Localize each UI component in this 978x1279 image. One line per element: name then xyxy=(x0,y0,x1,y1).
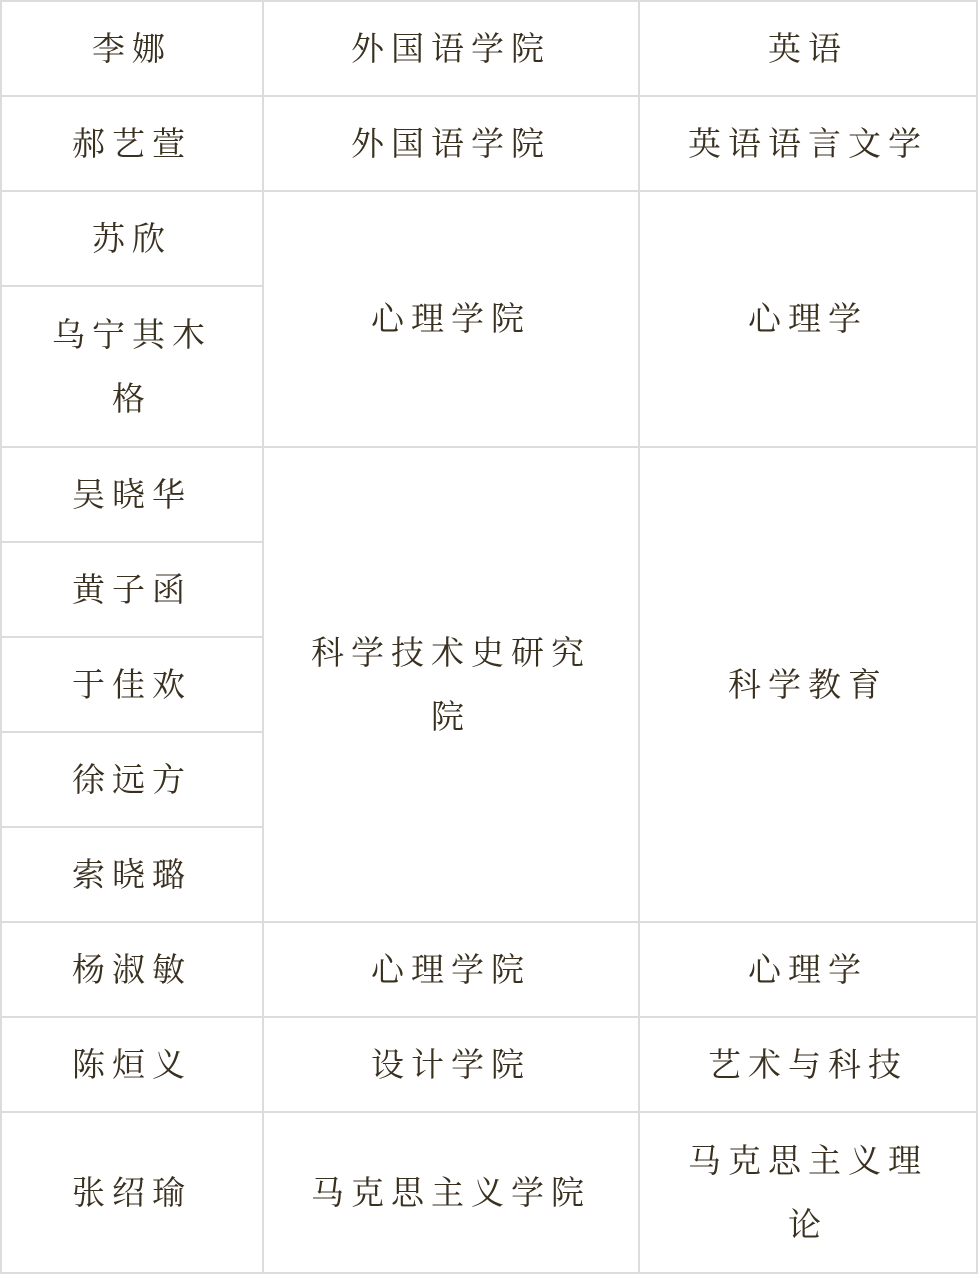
student-name-cell: 黄子函 xyxy=(1,542,263,637)
table-row: 李娜 外国语学院 英语 xyxy=(1,1,977,96)
college-cell: 马克思主义学院 xyxy=(263,1112,639,1273)
student-name-cell: 徐远方 xyxy=(1,732,263,827)
student-name-cell: 乌宁其木格 xyxy=(1,286,263,447)
college-cell-merged: 科学技术史研究院 xyxy=(263,447,639,922)
major-cell: 英语 xyxy=(639,1,977,96)
major-cell-merged: 科学教育 xyxy=(639,447,977,922)
student-name-cell: 李娜 xyxy=(1,1,263,96)
student-name-cell: 苏欣 xyxy=(1,191,263,286)
student-name-cell: 杨淑敏 xyxy=(1,922,263,1017)
table-row: 苏欣 心理学院 心理学 xyxy=(1,191,977,286)
student-name-cell: 于佳欢 xyxy=(1,637,263,732)
college-cell: 外国语学院 xyxy=(263,96,639,191)
table-row: 郝艺萱 外国语学院 英语语言文学 xyxy=(1,96,977,191)
college-cell-merged: 心理学院 xyxy=(263,191,639,447)
college-cell: 外国语学院 xyxy=(263,1,639,96)
major-cell: 艺术与科技 xyxy=(639,1017,977,1112)
major-cell: 心理学 xyxy=(639,922,977,1017)
table-row: 陈烜义 设计学院 艺术与科技 xyxy=(1,1017,977,1112)
table-row: 吴晓华 科学技术史研究院 科学教育 xyxy=(1,447,977,542)
major-cell: 马克思主义理论 xyxy=(639,1112,977,1273)
major-cell: 英语语言文学 xyxy=(639,96,977,191)
student-name-cell: 郝艺萱 xyxy=(1,96,263,191)
table-row: 杨淑敏 心理学院 心理学 xyxy=(1,922,977,1017)
student-name-cell: 吴晓华 xyxy=(1,447,263,542)
college-cell: 心理学院 xyxy=(263,922,639,1017)
student-college-major-table: 李娜 外国语学院 英语 郝艺萱 外国语学院 英语语言文学 苏欣 心理学院 心理学… xyxy=(0,0,978,1274)
major-cell-merged: 心理学 xyxy=(639,191,977,447)
student-name-cell: 陈烜义 xyxy=(1,1017,263,1112)
table-row: 张绍瑜 马克思主义学院 马克思主义理论 xyxy=(1,1112,977,1273)
student-name-cell: 索晓璐 xyxy=(1,827,263,922)
college-cell: 设计学院 xyxy=(263,1017,639,1112)
student-name-cell: 张绍瑜 xyxy=(1,1112,263,1273)
